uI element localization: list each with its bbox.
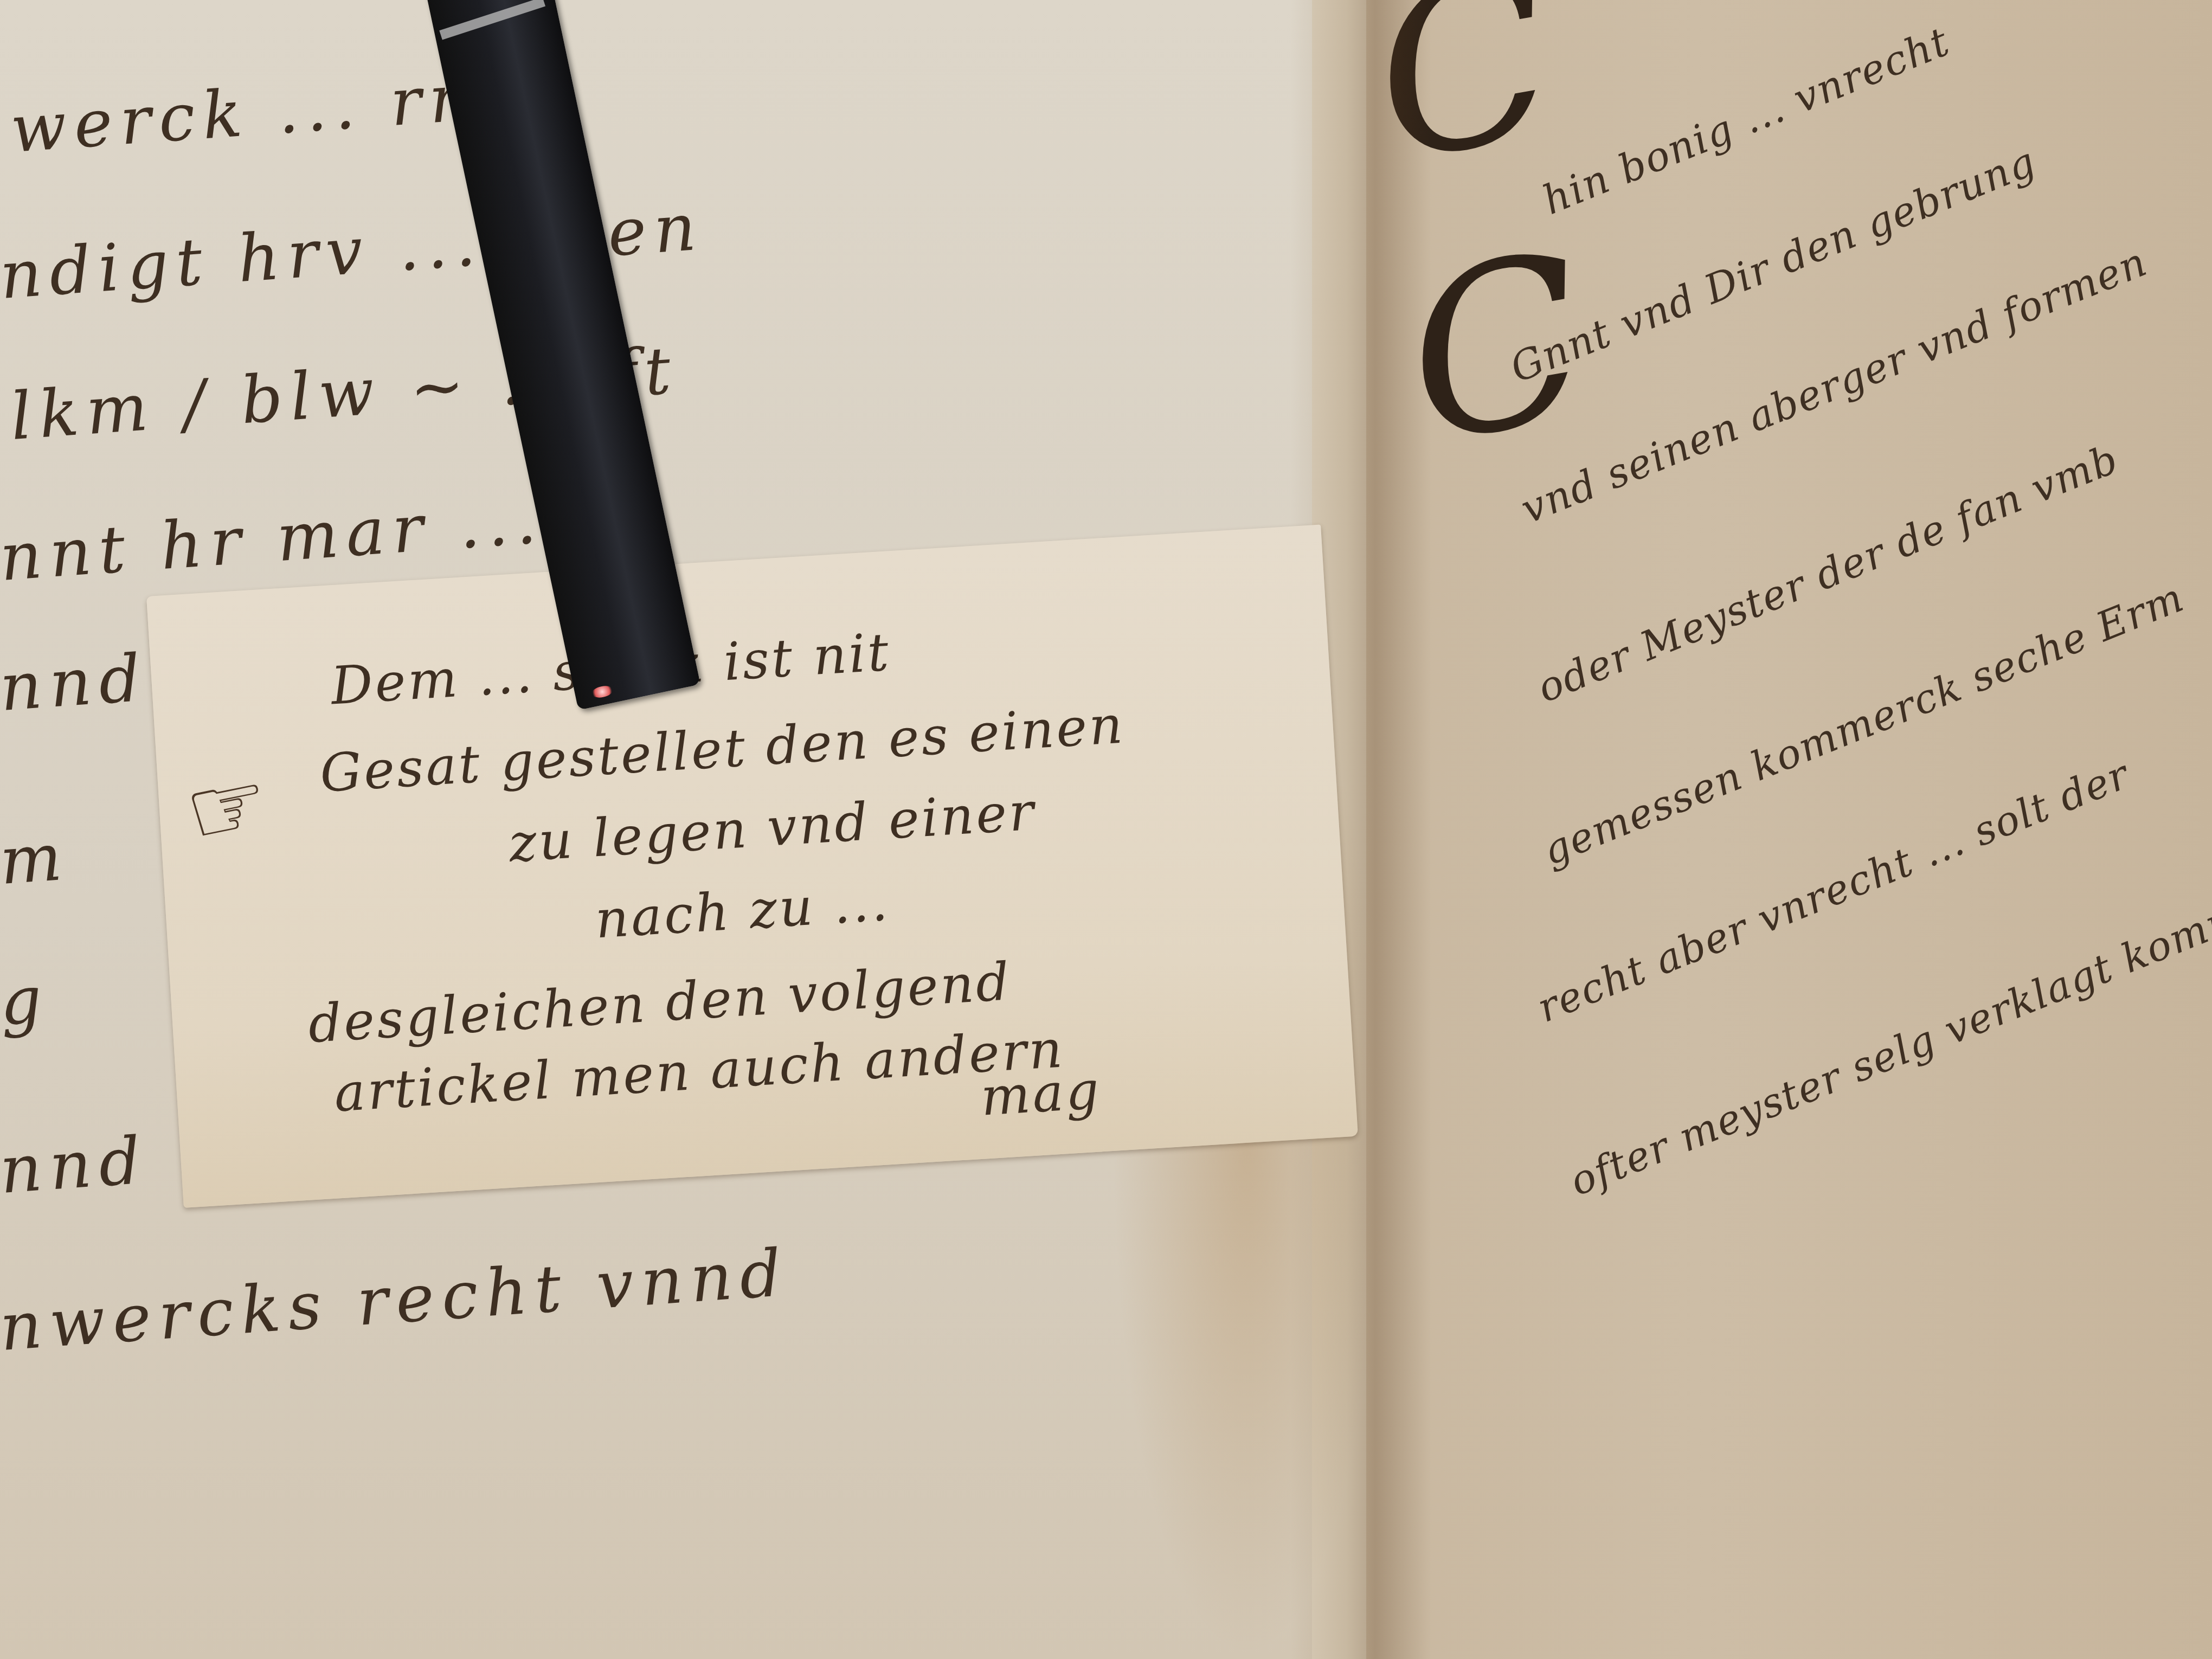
right-line-5: gemessen kommerck seche Erm [1536, 574, 2191, 874]
left-line-5: nnd [0, 640, 151, 726]
marker-band [439, 0, 545, 40]
left-line-8: nnd [0, 1123, 151, 1208]
slip-line-7: mag [979, 1059, 1103, 1127]
manicule-pointing-hand-icon: ☞ [177, 747, 279, 869]
left-line-7: g [0, 962, 52, 1040]
right-manuscript-page: C C hin bonig ... vnrecht Gnnt vnd Dir d… [1366, 0, 2212, 1659]
right-line-7: ofter meyster selg verklagt kommerck [1564, 856, 2212, 1205]
left-line-6: m [0, 819, 72, 899]
slip-line-4: nach zu ... [594, 871, 891, 950]
left-bottom-line: nwercks recht vnnd [0, 1235, 792, 1365]
pasted-paper-slip: ☞ Dem ... stuck ist nit Gesat gestellet … [146, 525, 1358, 1208]
slip-line-3: zu legen vnd einer [507, 781, 1038, 874]
marker-light-reflection [590, 684, 614, 699]
